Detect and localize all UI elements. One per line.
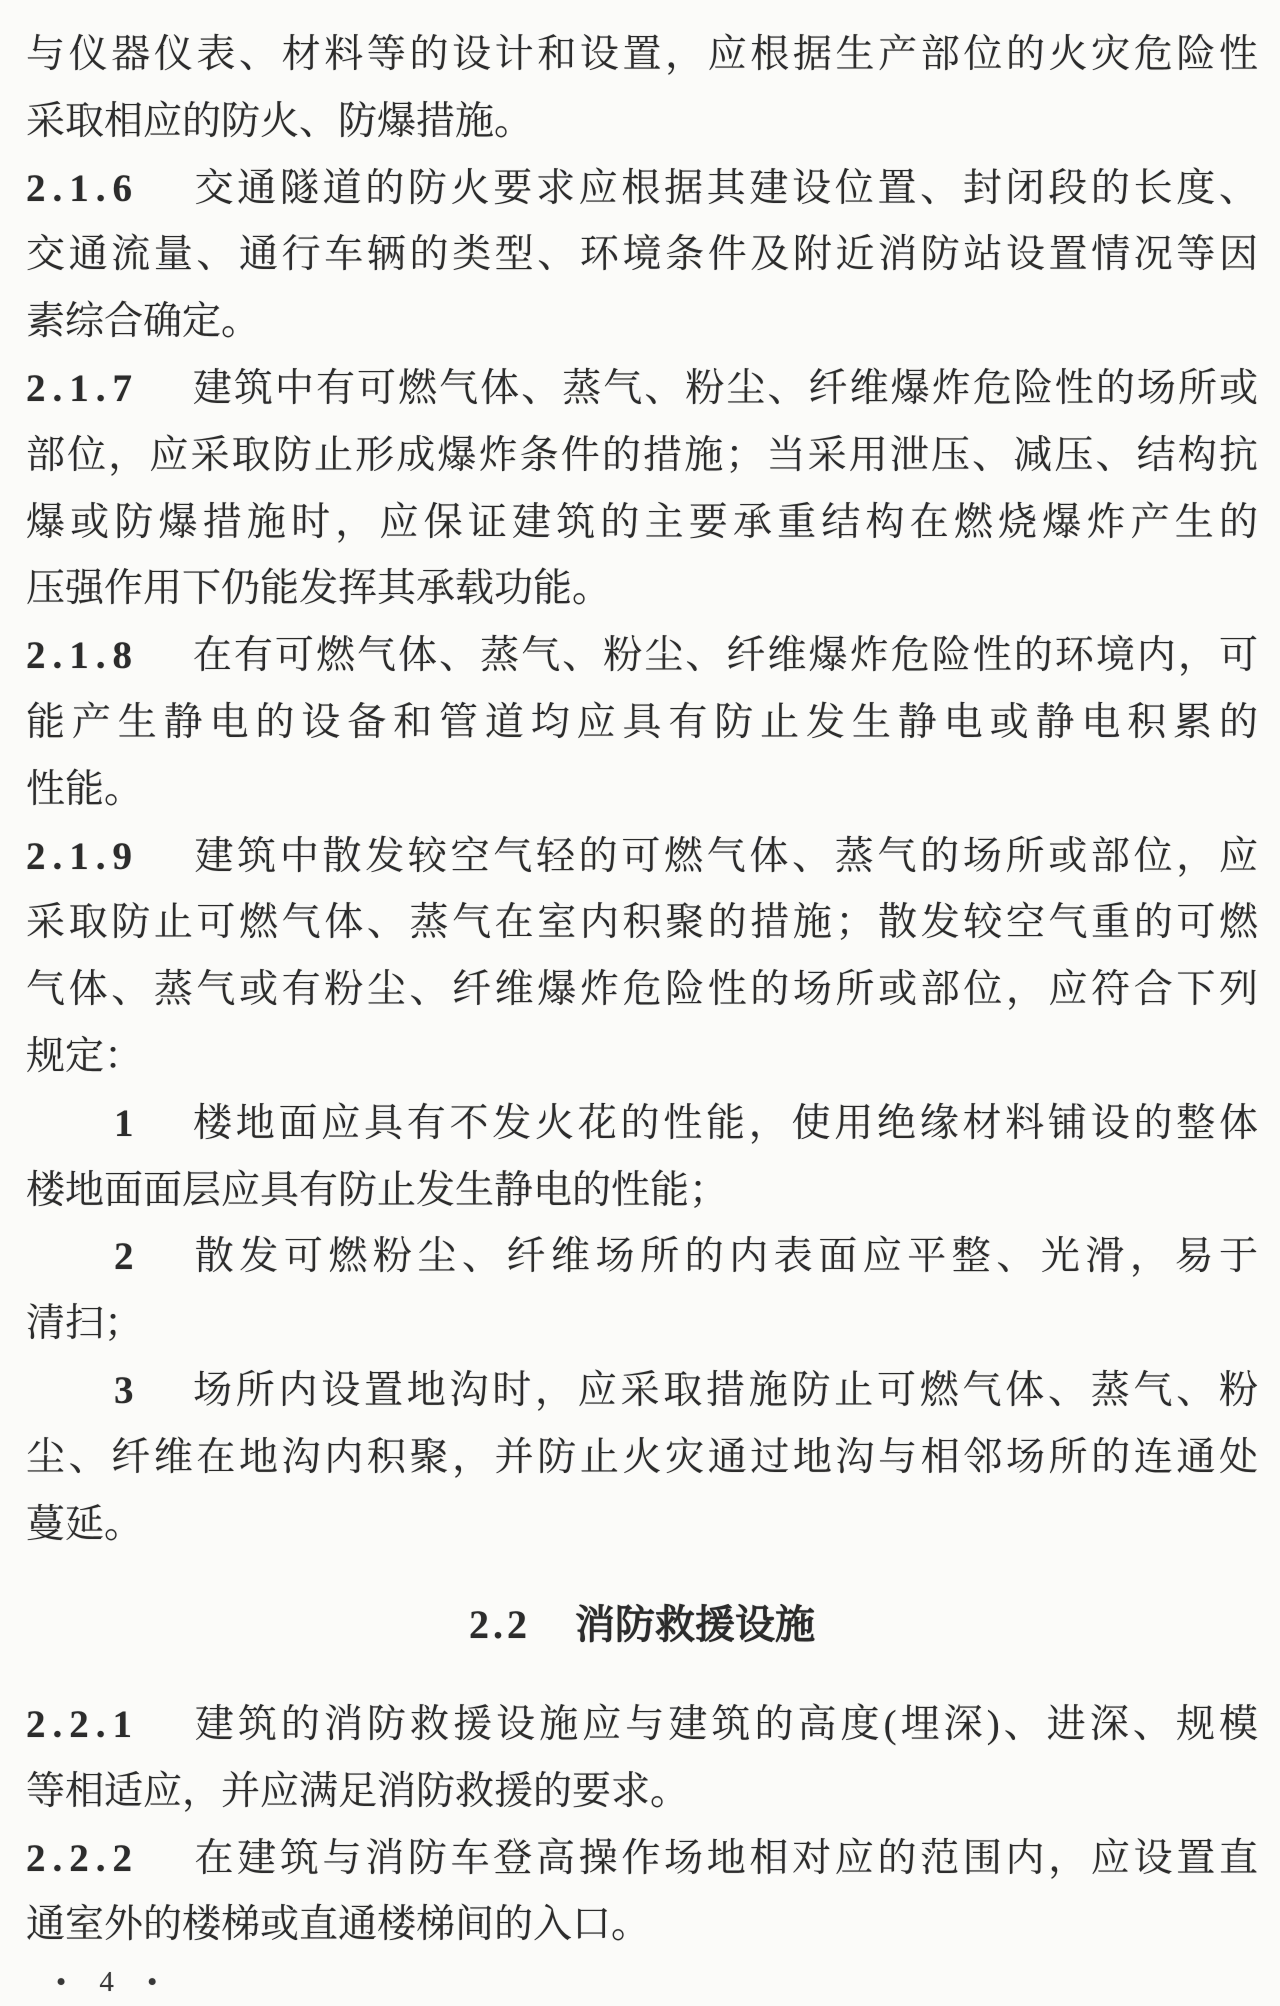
text-line: 2.1.8 在有可燃气体、蒸气、粉尘、纤维爆炸危险性的环境内，可 [26, 623, 1258, 690]
text-line: 2.2.2 在建筑与消防车登高操作场地相对应的范围内，应设置直 [26, 1826, 1258, 1893]
text-line: 素综合确定。 [26, 289, 1258, 356]
line-text: 消防救援设施 [575, 1602, 815, 1647]
text-line: 性能。 [26, 757, 1258, 824]
text-line: 等相适应，并应满足消防救援的要求。 [26, 1759, 1258, 1826]
line-text: 散发可燃粉尘、纤维场所的内表面应平整、光滑，易于 [195, 1235, 1258, 1278]
text-line: 清扫； [26, 1291, 1258, 1358]
line-text: 规定： [26, 1035, 143, 1078]
line-text: 爆或防爆措施时，应保证建筑的主要承重结构在燃烧爆炸产生的 [26, 501, 1258, 544]
section-heading: 2.2 消防救援设施 [26, 1558, 1258, 1692]
item-number: 2 [114, 1235, 134, 1278]
item-number: 2.2 [469, 1602, 531, 1647]
item-number: 2.2.2 [26, 1837, 139, 1880]
text-line: 楼地面面层应具有防止发生静电的性能； [26, 1158, 1258, 1225]
line-text: 楼地面应具有不发火花的性能，使用绝缘材料铺设的整体 [193, 1102, 1258, 1145]
line-text: 尘、纤维在地沟内积聚，并防止火灾通过地沟与相邻场所的连通处 [26, 1436, 1258, 1479]
line-text: 素综合确定。 [26, 300, 260, 343]
item-number: 2.2.1 [26, 1703, 139, 1746]
text-line: 通室外的楼梯或直通楼梯间的入口。 [26, 1892, 1258, 1959]
text-line: 采取相应的防火、防爆措施。 [26, 89, 1258, 156]
text-line: 蔓延。 [26, 1492, 1258, 1559]
item-number: 2.1.8 [26, 634, 139, 677]
item-number: 1 [114, 1102, 134, 1145]
line-text: 与仪器仪表、材料等的设计和设置，应根据生产部位的火灾危险性 [26, 33, 1258, 76]
line-text: 能产生静电的设备和管道均应具有防止发生静电或静电积累的 [26, 701, 1258, 744]
line-text: 等相适应，并应满足消防救援的要求。 [26, 1770, 689, 1813]
text-line: 与仪器仪表、材料等的设计和设置，应根据生产部位的火灾危险性 [26, 22, 1258, 89]
text-line: 1 楼地面应具有不发火花的性能，使用绝缘材料铺设的整体 [26, 1091, 1258, 1158]
line-text: 清扫； [26, 1302, 143, 1345]
line-text: 楼地面面层应具有防止发生静电的性能； [26, 1169, 728, 1212]
line-text: 建筑的消防救援设施应与建筑的高度(埋深)、进深、规模 [195, 1703, 1258, 1746]
regulation-document-page: 与仪器仪表、材料等的设计和设置，应根据生产部位的火灾危险性 采取相应的防火、防爆… [0, 0, 1280, 2006]
text-line: 3 场所内设置地沟时，应采取措施防止可燃气体、蒸气、粉 [26, 1358, 1258, 1425]
line-text: 部位，应采取防止形成爆炸条件的措施；当采用泄压、减压、结构抗 [26, 434, 1258, 477]
line-text: 通室外的楼梯或直通楼梯间的入口。 [26, 1903, 650, 1946]
line-text: 蔓延。 [26, 1503, 143, 1546]
text-line: 爆或防爆措施时，应保证建筑的主要承重结构在燃烧爆炸产生的 [26, 490, 1258, 557]
text-line: 尘、纤维在地沟内积聚，并防止火灾通过地沟与相邻场所的连通处 [26, 1425, 1258, 1492]
page-number-footer: • 4 • [26, 1959, 1258, 2006]
text-line: 2.2.1 建筑的消防救援设施应与建筑的高度(埋深)、进深、规模 [26, 1692, 1258, 1759]
line-text: 采取相应的防火、防爆措施。 [26, 100, 533, 143]
line-text: 交通隧道的防火要求应根据其建设位置、封闭段的长度、 [194, 167, 1258, 210]
line-text: 场所内设置地沟时，应采取措施防止可燃气体、蒸气、粉 [193, 1369, 1258, 1412]
item-number: 2.1.6 [26, 167, 139, 210]
line-text: 气体、蒸气或有粉尘、纤维爆炸危险性的场所或部位，应符合下列 [26, 968, 1258, 1011]
line-text: 交通流量、通行车辆的类型、环境条件及附近消防站设置情况等因 [26, 233, 1258, 276]
text-line: 2.1.9 建筑中散发较空气轻的可燃气体、蒸气的场所或部位，应 [26, 824, 1258, 891]
text-line: 部位，应采取防止形成爆炸条件的措施；当采用泄压、减压、结构抗 [26, 423, 1258, 490]
line-text: 建筑中有可燃气体、蒸气、粉尘、纤维爆炸危险性的场所或 [193, 367, 1258, 410]
text-line: 采取防止可燃气体、蒸气在室内积聚的措施；散发较空气重的可燃 [26, 890, 1258, 957]
text-line: 交通流量、通行车辆的类型、环境条件及附近消防站设置情况等因 [26, 222, 1258, 289]
text-line: 2.1.7 建筑中有可燃气体、蒸气、粉尘、纤维爆炸危险性的场所或 [26, 356, 1258, 423]
text-line: 气体、蒸气或有粉尘、纤维爆炸危险性的场所或部位，应符合下列 [26, 957, 1258, 1024]
text-line: 2 散发可燃粉尘、纤维场所的内表面应平整、光滑，易于 [26, 1224, 1258, 1291]
line-text: 在有可燃气体、蒸气、粉尘、纤维爆炸危险性的环境内，可 [193, 634, 1258, 677]
item-number: 2.1.7 [26, 367, 139, 410]
line-text: 压强作用下仍能发挥其承载功能。 [26, 567, 611, 610]
line-text: • 4 • [56, 1966, 170, 1998]
item-number: 2.1.9 [26, 835, 139, 878]
line-text: 在建筑与消防车登高操作场地相对应的范围内，应设置直 [194, 1837, 1258, 1880]
text-line: 规定： [26, 1024, 1258, 1091]
line-text: 建筑中散发较空气轻的可燃气体、蒸气的场所或部位，应 [194, 835, 1258, 878]
page-content: 与仪器仪表、材料等的设计和设置，应根据生产部位的火灾危险性 采取相应的防火、防爆… [26, 22, 1258, 2006]
item-number: 3 [114, 1369, 134, 1412]
line-text: 性能。 [26, 768, 143, 811]
text-line: 能产生静电的设备和管道均应具有防止发生静电或静电积累的 [26, 690, 1258, 757]
text-line: 压强作用下仍能发挥其承载功能。 [26, 556, 1258, 623]
text-line: 2.1.6 交通隧道的防火要求应根据其建设位置、封闭段的长度、 [26, 156, 1258, 223]
line-text: 采取防止可燃气体、蒸气在室内积聚的措施；散发较空气重的可燃 [26, 901, 1258, 944]
